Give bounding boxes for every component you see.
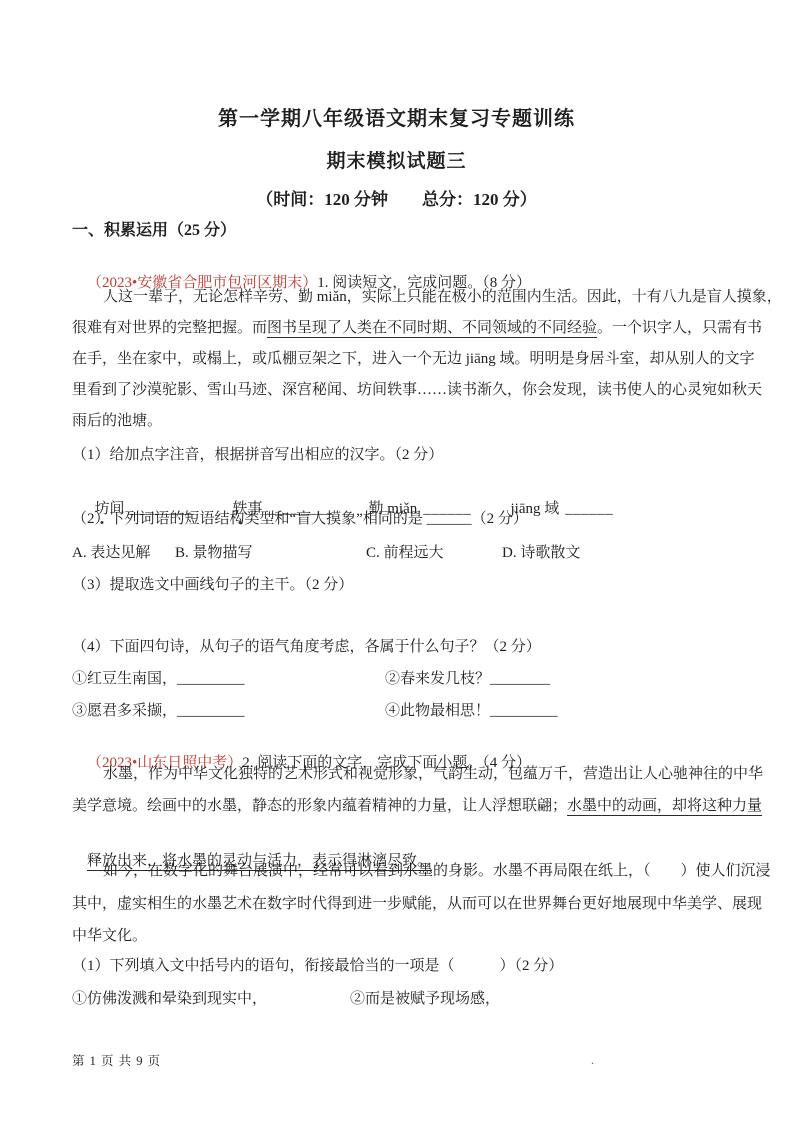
q1-passage-line-1: 人这一辈子，无论怎样辛劳、勤 miǎn，实际上只能在极小的范围内生活。因此，十有…	[72, 286, 722, 308]
q1-sub4-option-4: ④此物最相思！_________	[385, 700, 558, 722]
q1-sub2-stem: （2）下列词语的短语结构类型和“盲人摸象”相同的是 ______（2 分）	[72, 508, 722, 530]
q2-sub1-option-2: ②而是被赋予现场感，	[350, 988, 500, 1010]
q2-passage2-line-3: 中华文化。	[72, 925, 722, 947]
q2-sub1-option-1: ①仿佛泼溅和晕染到现实中，	[72, 988, 267, 1010]
option-a: A. 表达见解	[72, 542, 150, 564]
passage-text: 。一个识字人，只需有书	[597, 320, 762, 336]
q1-sub4-option-1: ①红豆生南国，_________	[72, 668, 245, 690]
q1-passage-line-3: 在手，坐在家中，或榻上，或瓜棚豆架之下，进入一个无边 jiāng 域。明明是身居…	[72, 348, 722, 370]
option-d: D. 诗歌散文	[502, 542, 580, 564]
q1-sub4-stem: （4）下面四句诗，从句子的语气角度考虑，各属于什么句子？（2 分）	[72, 636, 722, 658]
q1-sub4-option-3: ③愿君多采撷，_________	[72, 700, 245, 722]
exam-info-line: （时间：120 分钟 总分：120 分）	[0, 189, 793, 211]
q1-sub1-stem: （1）给加点字注音，根据拼音写出相应的汉字。（2 分）	[72, 444, 722, 466]
q2-sub1-stem: （1）下列填入文中括号内的语句，衔接最恰当的一项是（ ）（2 分）	[72, 955, 722, 977]
q1-passage-line-5: 雨后的池塘。	[72, 410, 722, 432]
option-b: B. 景物描写	[175, 542, 253, 564]
stray-dot: .	[591, 1053, 594, 1068]
doc-subtitle: 期末模拟试题三	[0, 151, 793, 173]
q1-passage-line-2: 很难有对世界的完整把握。而图书呈现了人类在不同时期、不同领域的不同经验。一个识字…	[72, 317, 722, 339]
option-c: C. 前程远大	[366, 542, 444, 564]
doc-title: 第一学期八年级语文期末复习专题训练	[0, 108, 793, 130]
q2-passage2-line-1: 如今，在数字化的舞台展演中，经常可以看到水墨的身影。水墨不再局限在纸上，（ ）使…	[72, 860, 722, 882]
underlined-sentence: 图书呈现了人类在不同时期、不同领域的不同经验	[267, 320, 597, 338]
section-heading: 一、积累运用（25 分）	[72, 220, 722, 242]
passage-text: 很难有对世界的完整把握。而	[72, 320, 267, 336]
q1-sub3-stem: （3）提取选文中画线句子的主干。（2 分）	[72, 574, 722, 596]
passage-text: 美学意境。绘画中的水墨，静态的形象内蕴着精神的力量，让人浮想联翩；	[72, 798, 567, 814]
q1-sub4-option-2: ②春来发几枝？________	[385, 668, 550, 690]
underlined-sentence: 水墨中的动画，却将这种力量	[567, 798, 762, 816]
q1-passage-line-4: 里看到了沙漠驼影、雪山马迹、深宫秘闻、坊间轶事……读书渐久，你会发现，读书使人的…	[72, 379, 722, 401]
page-footer: 第 1 页 共 9 页	[72, 1050, 722, 1072]
document-page: 第一学期八年级语文期末复习专题训练 期末模拟试题三 （时间：120 分钟 总分：…	[0, 0, 793, 1122]
q2-passage1-line-1: 水墨，作为中华文化独特的艺术形式和视觉形象，气韵生动，包蕴万千，营造出让人心驰神…	[72, 763, 722, 785]
q2-passage1-line-2: 美学意境。绘画中的水墨，静态的形象内蕴着精神的力量，让人浮想联翩；水墨中的动画，…	[72, 795, 722, 817]
q2-passage2-line-2: 其中，虚实相生的水墨艺术在数字时代得到进一步赋能，从而可以在世界舞台更好地展现中…	[72, 893, 722, 915]
